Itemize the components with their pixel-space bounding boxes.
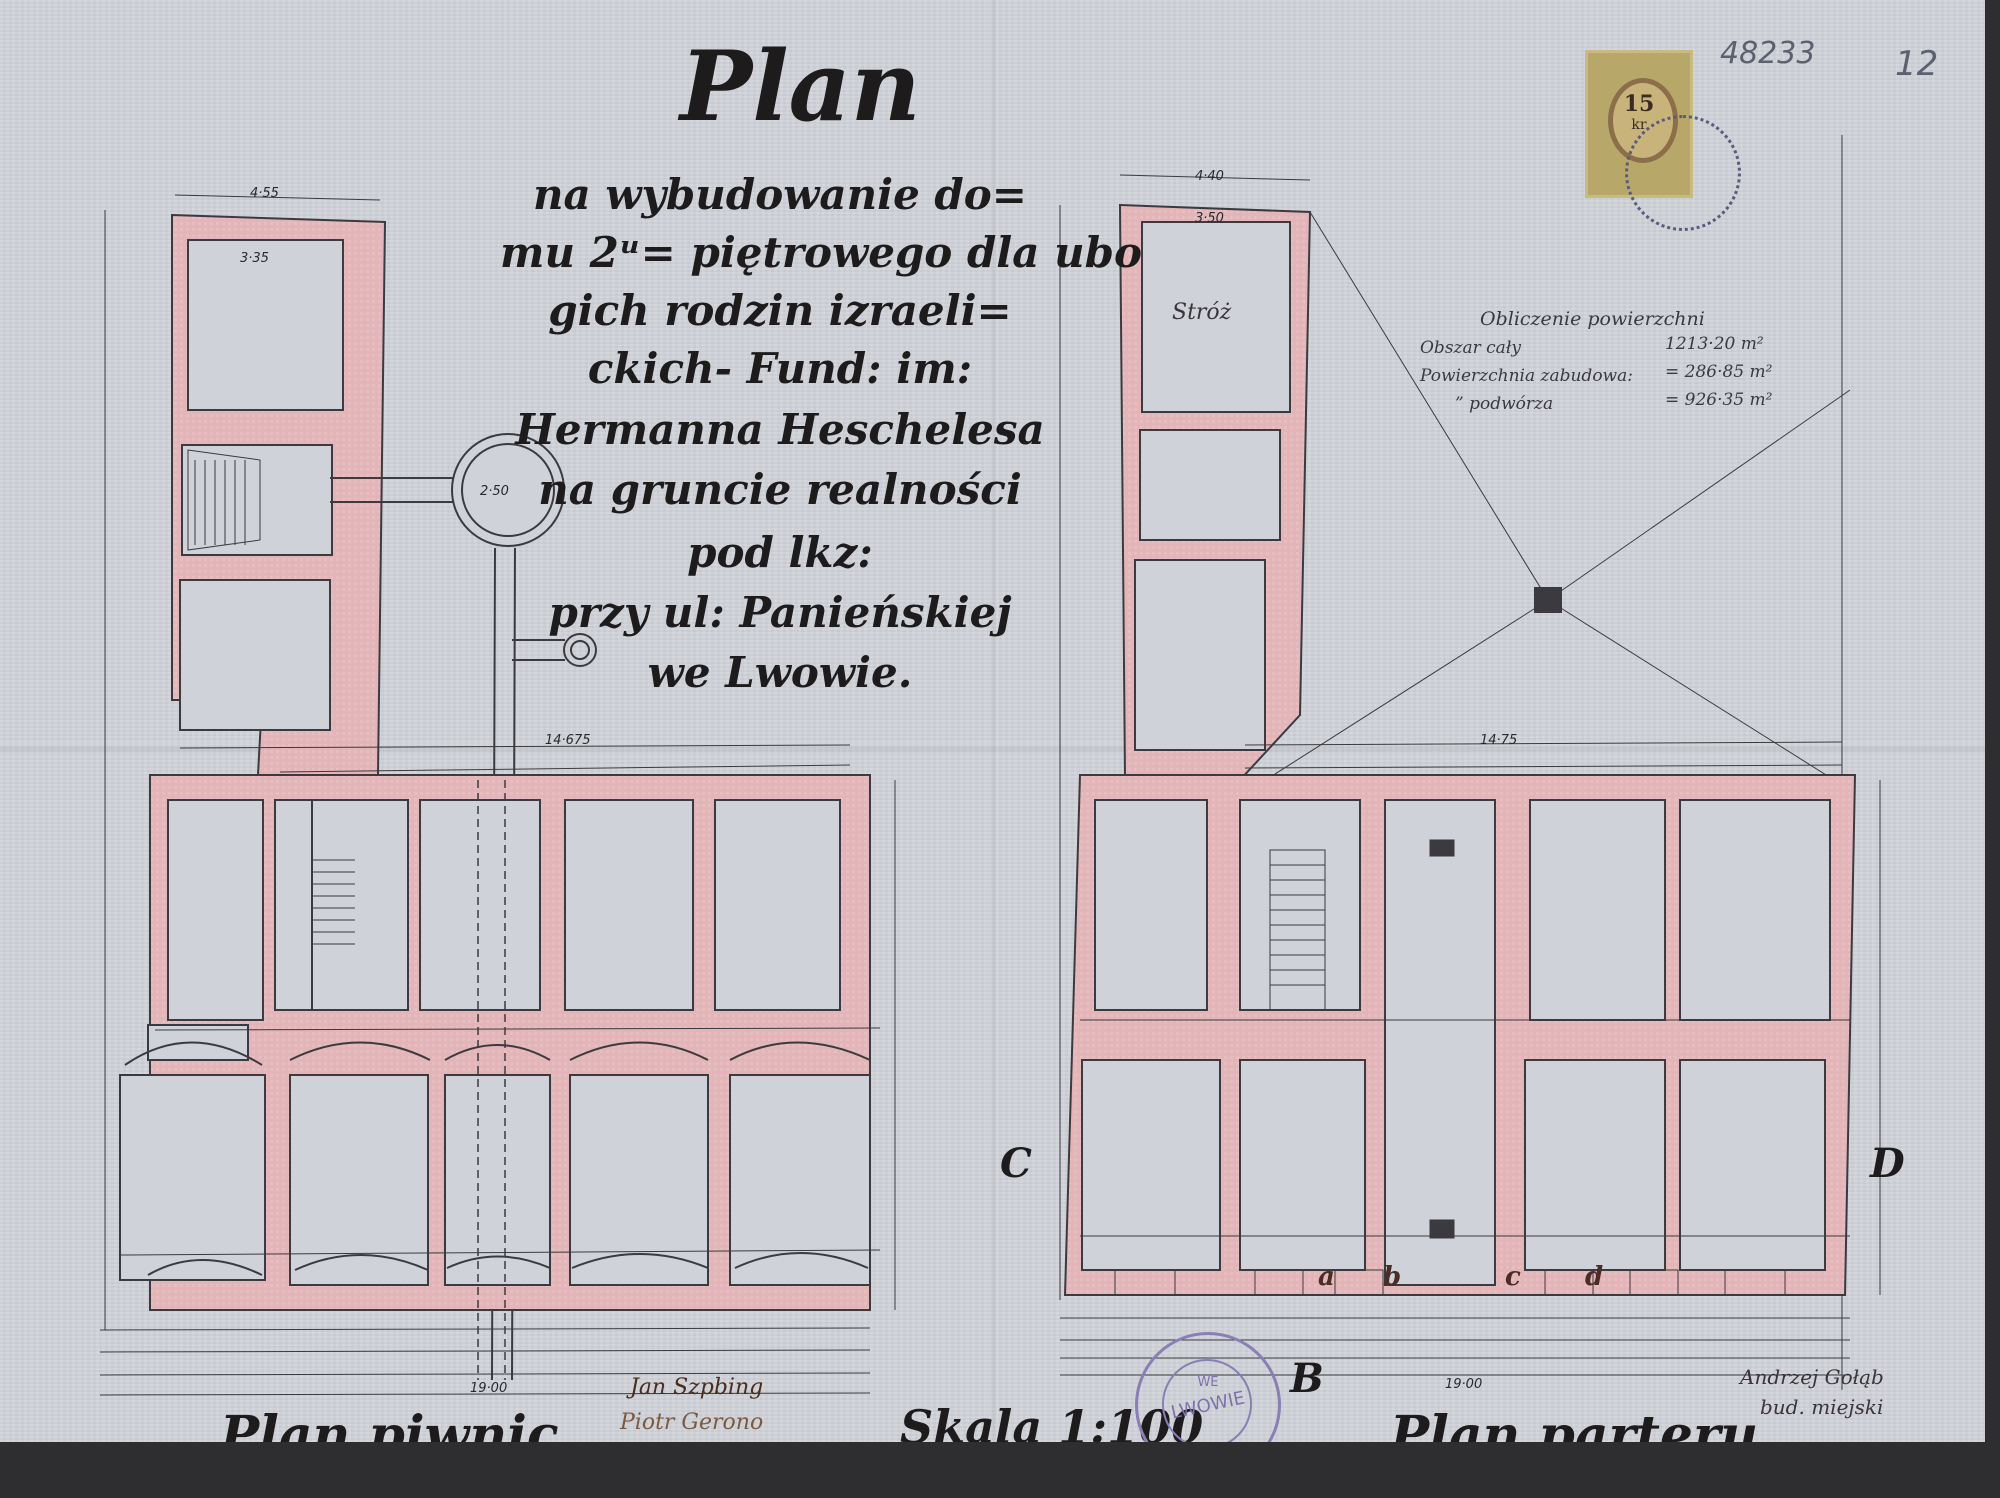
area-label: ” podwórza	[1455, 394, 1553, 414]
entrance-letter: c	[1505, 1262, 1521, 1292]
description-line: pod lkz:	[500, 528, 1060, 577]
area-value: = 286·85 m²	[1665, 362, 1772, 382]
description-line: ckich- Fund: im:	[500, 344, 1060, 393]
cancellation-postmark	[1625, 115, 1741, 231]
inventory-number: 48233	[1720, 36, 1815, 71]
signature: Andrzej Gołąb	[1740, 1365, 1884, 1389]
description-line: przy ul: Panieńskiej	[500, 588, 1060, 637]
area-heading: Obliczenie powierzchni	[1480, 308, 1705, 330]
entrance-letter: d	[1585, 1262, 1603, 1292]
scan-background-bottom	[0, 1442, 2000, 1498]
signature: Jan Szpbing	[630, 1375, 763, 1400]
description-line: Hermanna Heschelesa	[500, 405, 1060, 454]
section-mark: C	[1000, 1140, 1032, 1187]
section-mark: B	[1290, 1355, 1324, 1402]
scan-background-right	[1985, 0, 2000, 1498]
svg-text:14·75: 14·75	[1480, 733, 1517, 748]
signature: Piotr Gerono	[620, 1410, 763, 1435]
stamp-value: 15	[1588, 91, 1690, 117]
section-mark: D	[1870, 1140, 1905, 1187]
description-line: na wybudowanie do=	[500, 170, 1060, 219]
plan-description: na wybudowanie do= mu 2ᵘ= piętrowego dla…	[500, 160, 1060, 700]
description-line: gich rodzin izraeli=	[500, 286, 1060, 335]
signature: bud. miejski	[1760, 1395, 1883, 1419]
svg-text:19·00: 19·00	[1445, 1377, 1482, 1392]
description-line: mu 2ᵘ= piętrowego dla ubo	[500, 228, 1060, 277]
area-value: = 926·35 m²	[1665, 390, 1772, 410]
room-label-stroz: Stróż	[1172, 300, 1231, 325]
area-label: Powierzchnia zabudowa:	[1420, 366, 1633, 386]
svg-text:4·40: 4·40	[1195, 169, 1224, 184]
svg-text:19·00: 19·00	[470, 1381, 507, 1396]
area-label: Obszar cały	[1420, 338, 1521, 358]
description-line: we Lwowie.	[500, 648, 1060, 697]
entrance-letter: b	[1383, 1262, 1401, 1292]
svg-text:14·675: 14·675	[545, 733, 591, 748]
entrance-letter: a	[1318, 1262, 1335, 1292]
area-value: 1213·20 m²	[1665, 334, 1764, 354]
dim-annex-width-basement: 4·55	[250, 186, 279, 201]
plan-title: Plan	[680, 30, 921, 143]
description-line: na gruncie realności	[500, 465, 1060, 514]
page-number: 12	[1895, 44, 1938, 84]
svg-text:3·35: 3·35	[240, 251, 269, 266]
svg-text:3·50: 3·50	[1195, 211, 1224, 226]
